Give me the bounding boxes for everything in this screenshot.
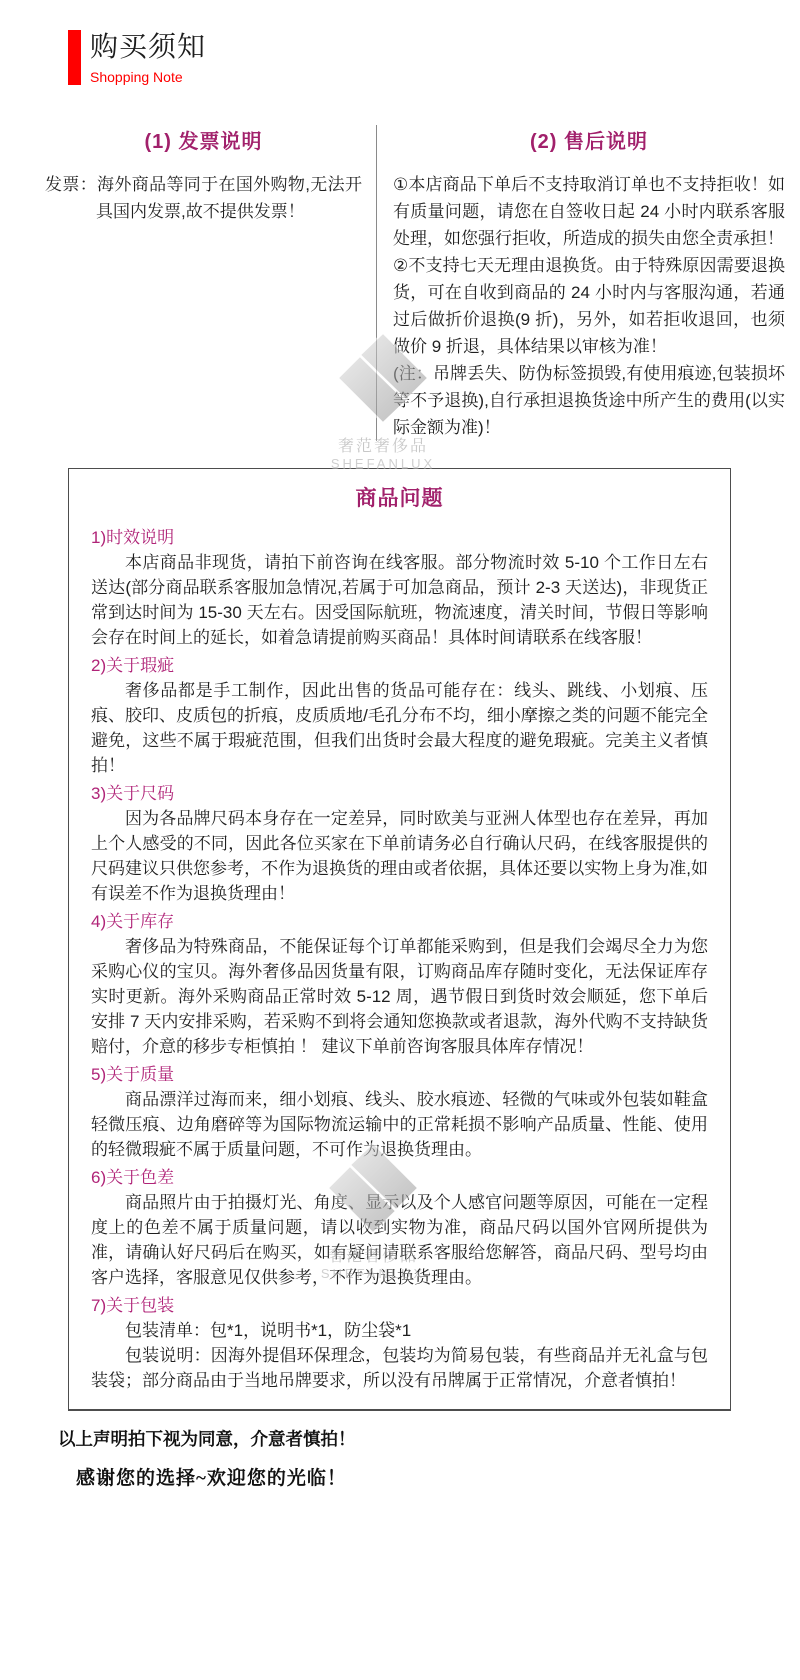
section-heading: 6)关于色差: [91, 1165, 708, 1190]
footer-thanks: 感谢您的选择~欢迎您的光临！: [76, 1463, 800, 1490]
section-paragraph: 本店商品非现货，请拍下前咨询在线客服。部分物流时效 5-10 个工作日左右送达(…: [91, 550, 708, 650]
section-paragraph: 包装清单：包*1，说明书*1，防尘袋*1: [91, 1318, 708, 1343]
section-paragraph: 包装说明：因海外提倡环保理念，包装均为简易包装，有些商品并无礼盒与包装袋；部分商…: [91, 1343, 708, 1393]
section-quality: 5)关于质量 商品漂洋过海而来，细小划痕、线头、胶水痕迹、轻微的气味或外包装如鞋…: [91, 1062, 708, 1162]
aftersale-paragraph-3: (注：吊牌丢失、防伪标签损毁,有使用痕迹,包装损坏等不予退换),自行承担退换货途…: [393, 360, 785, 441]
invoice-section-title: (1) 发票说明: [45, 125, 362, 154]
page-title: 购买须知: [90, 30, 206, 64]
footer-statement: 以上声明拍下视为同意，介意者慎拍！: [58, 1426, 800, 1451]
invoice-body: 海外商品等同于在国外购物,无法开具国内发票,故不提供发票！: [96, 175, 362, 221]
invoice-section: (1) 发票说明 发票：海外商品等同于在国外购物,无法开具国内发票,故不提供发票…: [45, 125, 376, 441]
section-paragraph: 奢侈品为特殊商品，不能保证每个订单都能采购到，但是我们会竭尽全力为您采购心仪的宝…: [91, 934, 708, 1059]
section-paragraph: 商品照片由于拍摄灯光、角度、显示以及个人感官问题等原因，可能在一定程度上的色差不…: [91, 1190, 708, 1290]
section-heading: 5)关于质量: [91, 1062, 708, 1087]
section-heading: 2)关于瑕疵: [91, 653, 708, 678]
aftersale-section-title: (2) 售后说明: [393, 125, 785, 154]
section-heading: 4)关于库存: [91, 909, 708, 934]
page-subtitle: Shopping Note: [90, 69, 206, 85]
section-stock: 4)关于库存 奢侈品为特殊商品，不能保证每个订单都能采购到，但是我们会竭尽全力为…: [91, 909, 708, 1059]
header-text: 购买须知 Shopping Note: [90, 30, 206, 85]
section-color-difference: 6)关于色差 商品照片由于拍摄灯光、角度、显示以及个人感官问题等原因，可能在一定…: [91, 1165, 708, 1290]
aftersale-paragraph-2: ②不支持七天无理由退换货。由于特殊原因需要退换货，可在自收到商品的 24 小时内…: [393, 252, 785, 360]
aftersale-section: (2) 售后说明 ①本店商品下单后不支持取消订单也不支持拒收！如有质量问题，请您…: [377, 125, 785, 441]
product-issues-title: 商品问题: [91, 482, 708, 512]
section-shipping-time: 1)时效说明 本店商品非现货，请拍下前咨询在线客服。部分物流时效 5-10 个工…: [91, 525, 708, 650]
section-heading: 3)关于尺码: [91, 781, 708, 806]
red-accent-bar: [68, 30, 81, 85]
section-heading: 7)关于包装: [91, 1293, 708, 1318]
section-paragraph: 商品漂洋过海而来，细小划痕、线头、胶水痕迹、轻微的气味或外包装如鞋盒轻微压痕、边…: [91, 1087, 708, 1162]
section-paragraph: 奢侈品都是手工制作，因此出售的货品可能存在：线头、跳线、小划痕、压痕、胶印、皮质…: [91, 678, 708, 778]
notice-columns: (1) 发票说明 发票：海外商品等同于在国外购物,无法开具国内发票,故不提供发票…: [45, 125, 785, 441]
section-heading: 1)时效说明: [91, 525, 708, 550]
section-sizing: 3)关于尺码 因为各品牌尺码本身存在一定差异，同时欧美与亚洲人体型也存在差异，再…: [91, 781, 708, 906]
product-issues-box: 商品问题 1)时效说明 本店商品非现货，请拍下前咨询在线客服。部分物流时效 5-…: [68, 468, 731, 1411]
page-header: 购买须知 Shopping Note: [68, 30, 800, 85]
invoice-label: 发票：: [45, 175, 97, 194]
aftersale-paragraph-1: ①本店商品下单后不支持取消订单也不支持拒收！如有质量问题，请您在自签收日起 24…: [393, 171, 785, 252]
section-flaws: 2)关于瑕疵 奢侈品都是手工制作，因此出售的货品可能存在：线头、跳线、小划痕、压…: [91, 653, 708, 778]
invoice-text: 发票：海外商品等同于在国外购物,无法开具国内发票,故不提供发票！: [45, 171, 362, 225]
section-paragraph: 因为各品牌尺码本身存在一定差异，同时欧美与亚洲人体型也存在差异，再加上个人感受的…: [91, 806, 708, 906]
section-packaging: 7)关于包装 包装清单：包*1，说明书*1，防尘袋*1 包装说明：因海外提倡环保…: [91, 1293, 708, 1393]
